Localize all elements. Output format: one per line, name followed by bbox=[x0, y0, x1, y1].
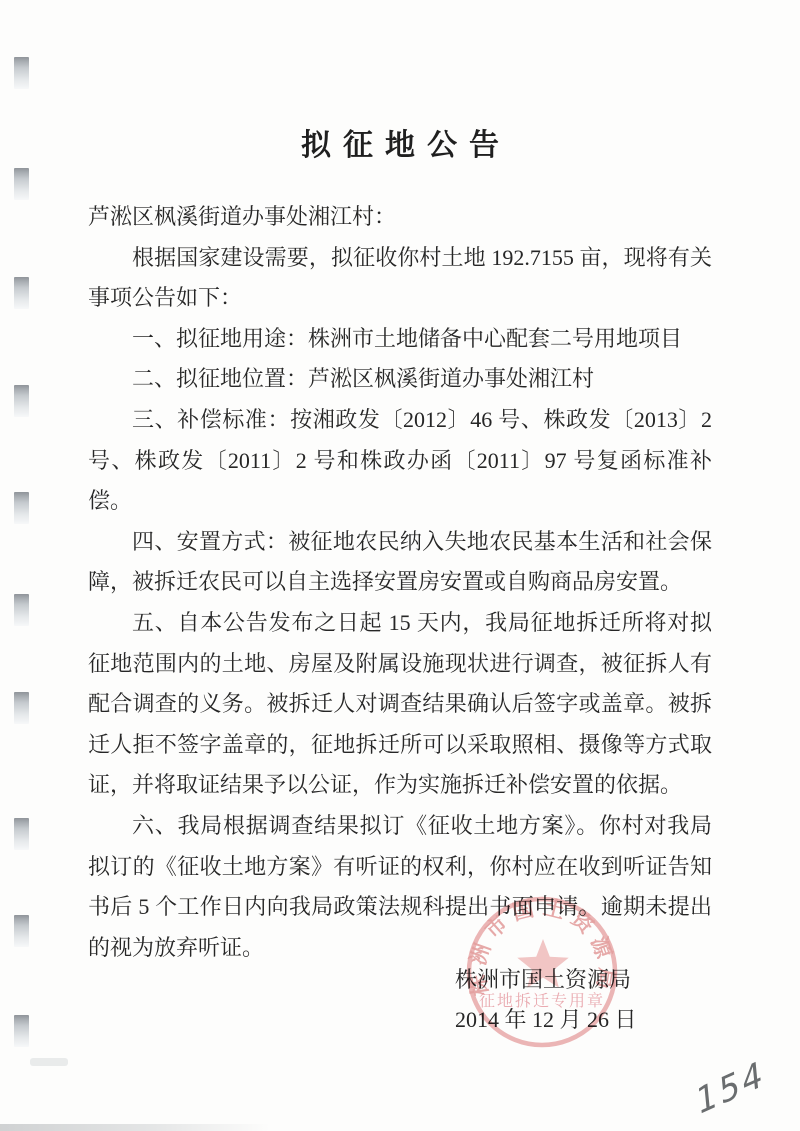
notice-body: 芦淞区枫溪街道办事处湘江村： 根据国家建设需要，拟征收你村土地 192.7155… bbox=[88, 197, 712, 968]
issuer-name: 株洲市国土资源局 bbox=[455, 960, 637, 1000]
binding-hole-mark bbox=[14, 168, 29, 200]
binding-hole-mark bbox=[14, 1015, 29, 1047]
item-location: 二、拟征地位置：芦淞区枫溪街道办事处湘江村 bbox=[88, 359, 712, 400]
binding-hole-mark bbox=[14, 277, 29, 309]
binding-hole-mark bbox=[14, 818, 29, 850]
signature-block: 株洲市国土资源局 2014 年 12 月 26 日 bbox=[455, 960, 637, 1040]
binding-hole-mark bbox=[14, 915, 29, 947]
binding-hole-mark bbox=[14, 492, 29, 524]
para-intro: 根据国家建设需要，拟征收你村土地 192.7155 亩，现将有关事项公告如下： bbox=[88, 238, 712, 319]
handwritten-page-number: 154 bbox=[692, 1054, 771, 1123]
notice-title: 拟征地公告 bbox=[0, 120, 800, 164]
item-compensation: 三、补偿标准：按湘政发〔2012〕46 号、株政发〔2013〕2 号、株政发〔2… bbox=[88, 400, 712, 522]
bottom-scan-shadow bbox=[0, 1124, 270, 1131]
item-purpose: 一、拟征地用途：株洲市土地储备中心配套二号用地项目 bbox=[88, 319, 712, 360]
item-survey: 五、自本公告发布之日起 15 天内，我局征地拆迁所将对拟征地范围内的土地、房屋及… bbox=[88, 603, 712, 806]
scanned-notice-page: 拟征地公告 芦淞区枫溪街道办事处湘江村： 根据国家建设需要，拟征收你村土地 19… bbox=[0, 0, 800, 1131]
salutation: 芦淞区枫溪街道办事处湘江村： bbox=[88, 197, 712, 238]
binding-hole-mark bbox=[14, 385, 29, 417]
binding-hole-mark bbox=[14, 692, 29, 724]
item-resettlement: 四、安置方式：被征地农民纳入失地农民基本生活和社会保障，被拆迁农民可以自主选择安… bbox=[88, 522, 712, 603]
binding-hole-mark bbox=[14, 57, 29, 89]
issue-date: 2014 年 12 月 26 日 bbox=[455, 1000, 637, 1040]
item-hearing: 六、我局根据调查结果拟订《征收土地方案》。你村对我局拟订的《征收土地方案》有听证… bbox=[88, 806, 712, 968]
binding-hole-mark bbox=[14, 594, 29, 626]
scan-smudge bbox=[30, 1058, 68, 1066]
